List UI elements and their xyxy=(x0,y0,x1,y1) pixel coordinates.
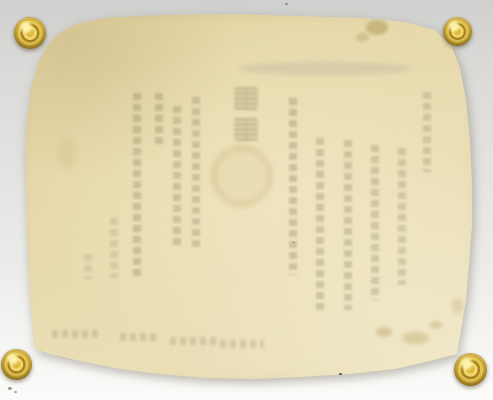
seal-impression xyxy=(211,145,273,207)
title-kanji-char xyxy=(234,87,258,110)
stain-spot xyxy=(356,33,369,42)
paper-shadow-wrapper xyxy=(0,0,493,400)
showthrough-text-column xyxy=(423,92,431,172)
showthrough-text-column xyxy=(110,218,118,278)
bottom-smudge xyxy=(220,340,264,348)
brass-knob-top-left xyxy=(14,17,46,49)
stain-spot xyxy=(238,62,413,75)
stain-spot xyxy=(366,20,388,35)
brass-knob-bottom-right xyxy=(454,353,487,386)
certificate-paper xyxy=(0,0,493,400)
dust-speck xyxy=(293,242,295,243)
showthrough-text-column xyxy=(84,254,92,280)
title-kanji-showthrough xyxy=(234,87,258,141)
photo-stage xyxy=(0,0,493,400)
showthrough-text-column xyxy=(133,93,141,280)
dust-speck xyxy=(285,3,288,5)
showthrough-text-column xyxy=(316,138,324,310)
showthrough-text-column xyxy=(344,140,352,310)
stain-spot xyxy=(376,327,392,337)
showthrough-text-column xyxy=(173,106,181,247)
stain-spot xyxy=(402,332,429,344)
dust-speck xyxy=(14,391,17,393)
brass-knob-top-right xyxy=(443,17,472,46)
dust-speck xyxy=(8,387,12,390)
stain-spot xyxy=(430,321,442,329)
dust-speck xyxy=(339,373,342,375)
stain-spot xyxy=(58,138,76,170)
bottom-smudge xyxy=(170,337,216,345)
showthrough-text-column xyxy=(192,97,200,247)
bottom-smudge xyxy=(52,330,100,338)
showthrough-text-column xyxy=(155,93,163,145)
showthrough-text-column xyxy=(398,148,406,285)
bottom-smudge xyxy=(120,333,160,341)
showthrough-text-column xyxy=(289,98,297,275)
stain-spot xyxy=(452,298,463,313)
title-kanji-char xyxy=(234,118,258,141)
brass-knob-bottom-left xyxy=(1,349,32,380)
showthrough-text-column xyxy=(371,145,379,300)
